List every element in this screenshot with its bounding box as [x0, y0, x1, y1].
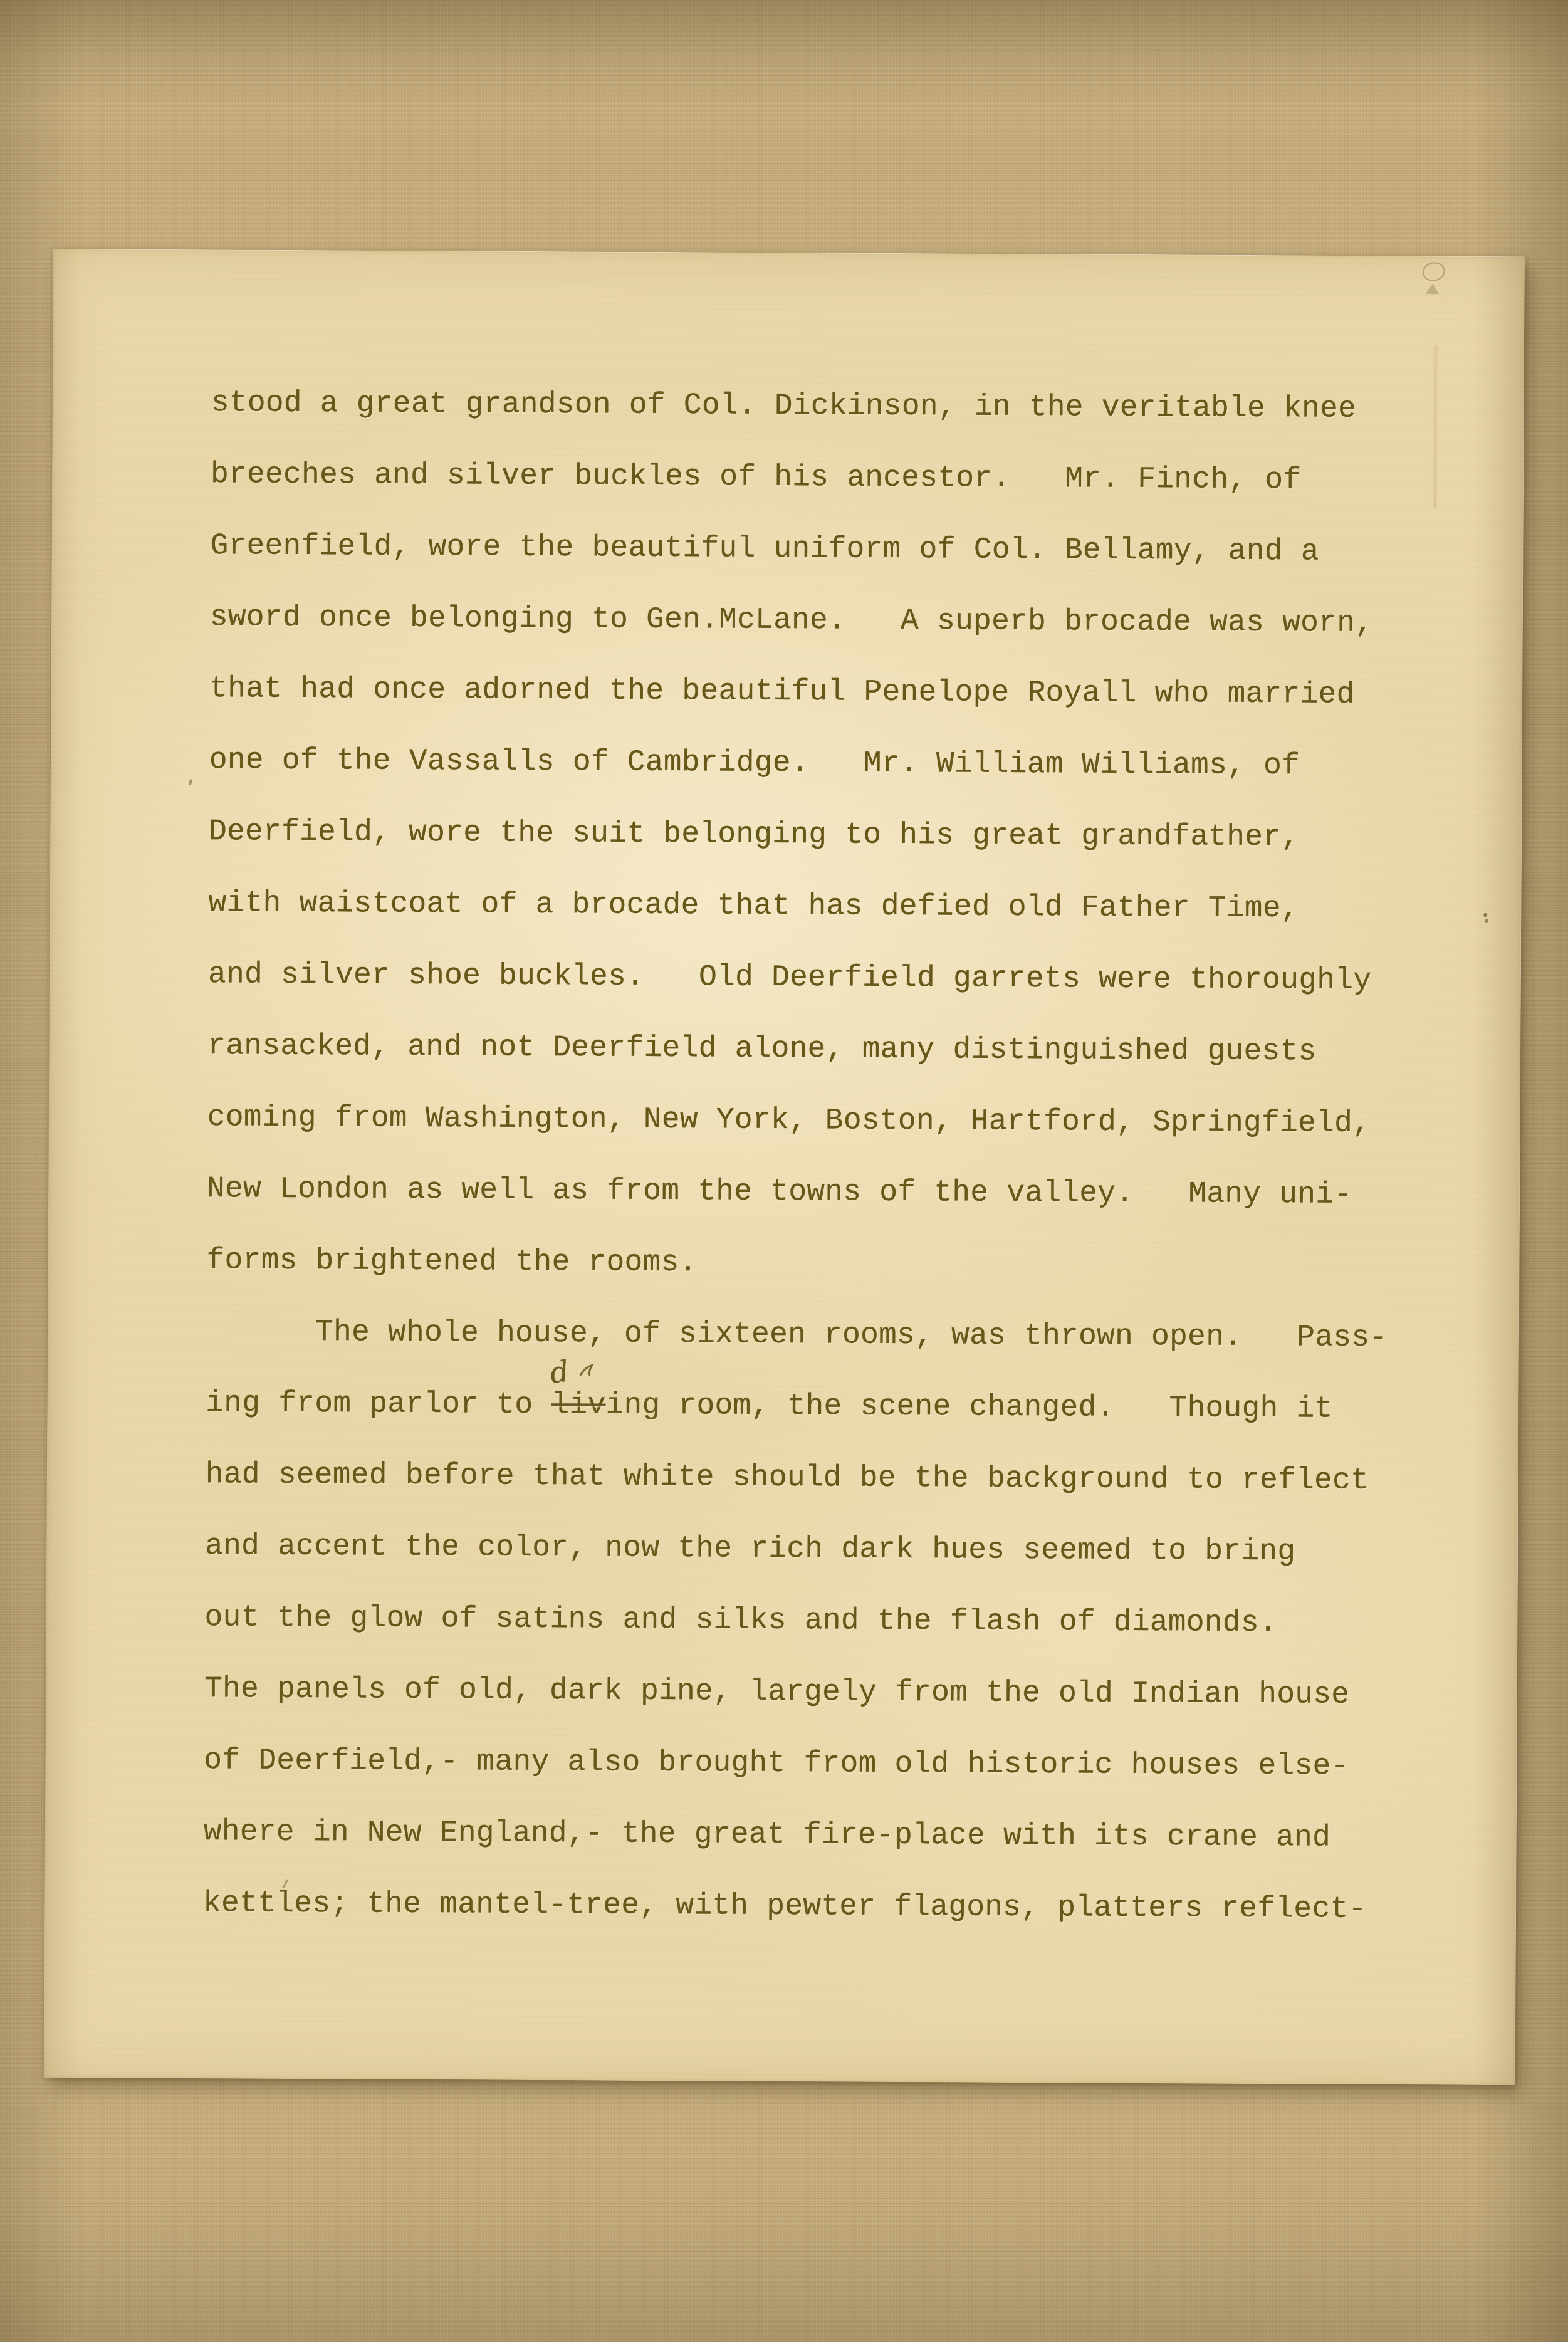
typed-text: ing room, the scene changed. Though it [605, 1389, 1332, 1426]
typed-line: The panels of old, dark pine, largely fr… [204, 1674, 1350, 1710]
typed-line: kettles; the mantel-tree, with pewter fl… [203, 1888, 1367, 1925]
handwritten-letter: d [548, 1357, 570, 1387]
typed-line: New London as well as from the towns of … [207, 1174, 1352, 1210]
typed-line: Deerfield, wore the suit belonging to hi… [209, 817, 1300, 852]
typed-line: Greenfield, wore the beautiful uniform o… [210, 531, 1319, 567]
typescript-page: stood a great grandson of Col. Dickinson… [44, 249, 1525, 2085]
typed-line: one of the Vassalls of Cambridge. Mr. Wi… [209, 745, 1300, 781]
typed-line: stood a great grandson of Col. Dickinson… [211, 388, 1357, 424]
typed-line: of Deerfield,- many also brought from ol… [204, 1745, 1349, 1782]
typed-line: and silver shoe buckles. Old Deerfield g… [208, 959, 1372, 996]
check-mark-icon [579, 1363, 598, 1379]
typed-line: where in New England,- the great fire-pl… [204, 1817, 1331, 1853]
typed-line: coming from Washington, New York, Boston… [207, 1102, 1371, 1139]
typed-text-block: stood a great grandson of Col. Dickinson… [44, 249, 1525, 2085]
typed-line: breeches and silver buckles of his ances… [211, 459, 1302, 495]
photo-background: stood a great grandson of Col. Dickinson… [0, 0, 1568, 2342]
typed-line: forms brightened the rooms. [206, 1245, 697, 1278]
typed-line: out the glow of satins and silks and the… [204, 1602, 1277, 1638]
typed-line: that had once adorned the beautiful Pene… [209, 674, 1355, 710]
typed-line: ing from parlor to livding room, the sce… [206, 1388, 1333, 1424]
typed-line: had seemed before that white should be t… [206, 1460, 1369, 1496]
typed-line: The whole house, of sixteen rooms, was t… [206, 1317, 1388, 1353]
struck-text: livd [551, 1388, 605, 1422]
ink-speck [1483, 913, 1487, 917]
typed-text: ing from parlor to [206, 1386, 551, 1422]
typed-line: sword once belonging to Gen.McLane. A su… [210, 602, 1374, 639]
typed-line: and accent the color, now the rich dark … [205, 1531, 1296, 1567]
handwritten-correction: d [550, 1358, 619, 1391]
typed-line: with waistcoat of a brocade that has def… [208, 888, 1299, 924]
typed-line: ransacked, and not Deerfield alone, many… [207, 1031, 1317, 1067]
